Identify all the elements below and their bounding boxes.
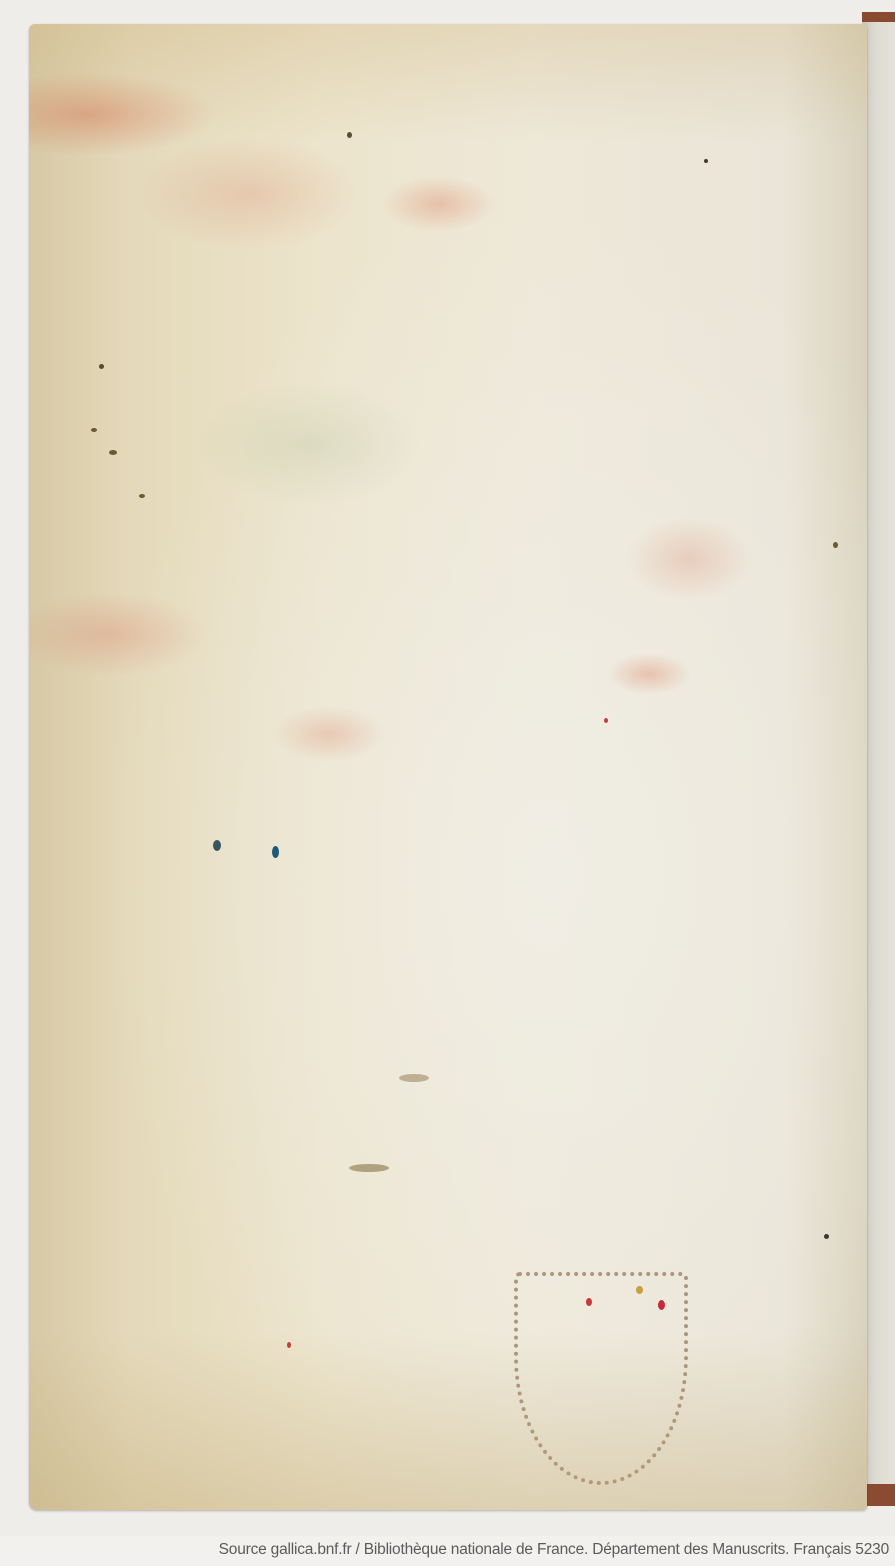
stamp-red-mark bbox=[658, 1300, 665, 1310]
source-caption: Source gallica.bnf.fr / Bibliothèque nat… bbox=[219, 1541, 889, 1559]
ink-spot bbox=[347, 132, 352, 138]
ink-spot bbox=[91, 428, 97, 432]
ink-spot bbox=[349, 1164, 389, 1172]
stamp-gold-mark bbox=[636, 1286, 643, 1294]
ink-spot bbox=[139, 494, 145, 498]
ink-spot bbox=[704, 159, 708, 163]
ink-spot bbox=[272, 846, 279, 858]
ink-spot bbox=[213, 840, 221, 851]
page-viewer bbox=[0, 0, 895, 1536]
ink-spot bbox=[604, 718, 608, 723]
ink-spot bbox=[833, 542, 838, 548]
manuscript-folio bbox=[29, 24, 867, 1510]
ink-spot bbox=[824, 1234, 829, 1239]
ink-spot bbox=[399, 1074, 429, 1082]
ink-spot bbox=[287, 1342, 291, 1348]
ink-spot bbox=[109, 450, 117, 455]
stamp-red-mark bbox=[586, 1298, 592, 1306]
library-stamp bbox=[514, 1272, 688, 1485]
ink-spot bbox=[99, 364, 104, 369]
